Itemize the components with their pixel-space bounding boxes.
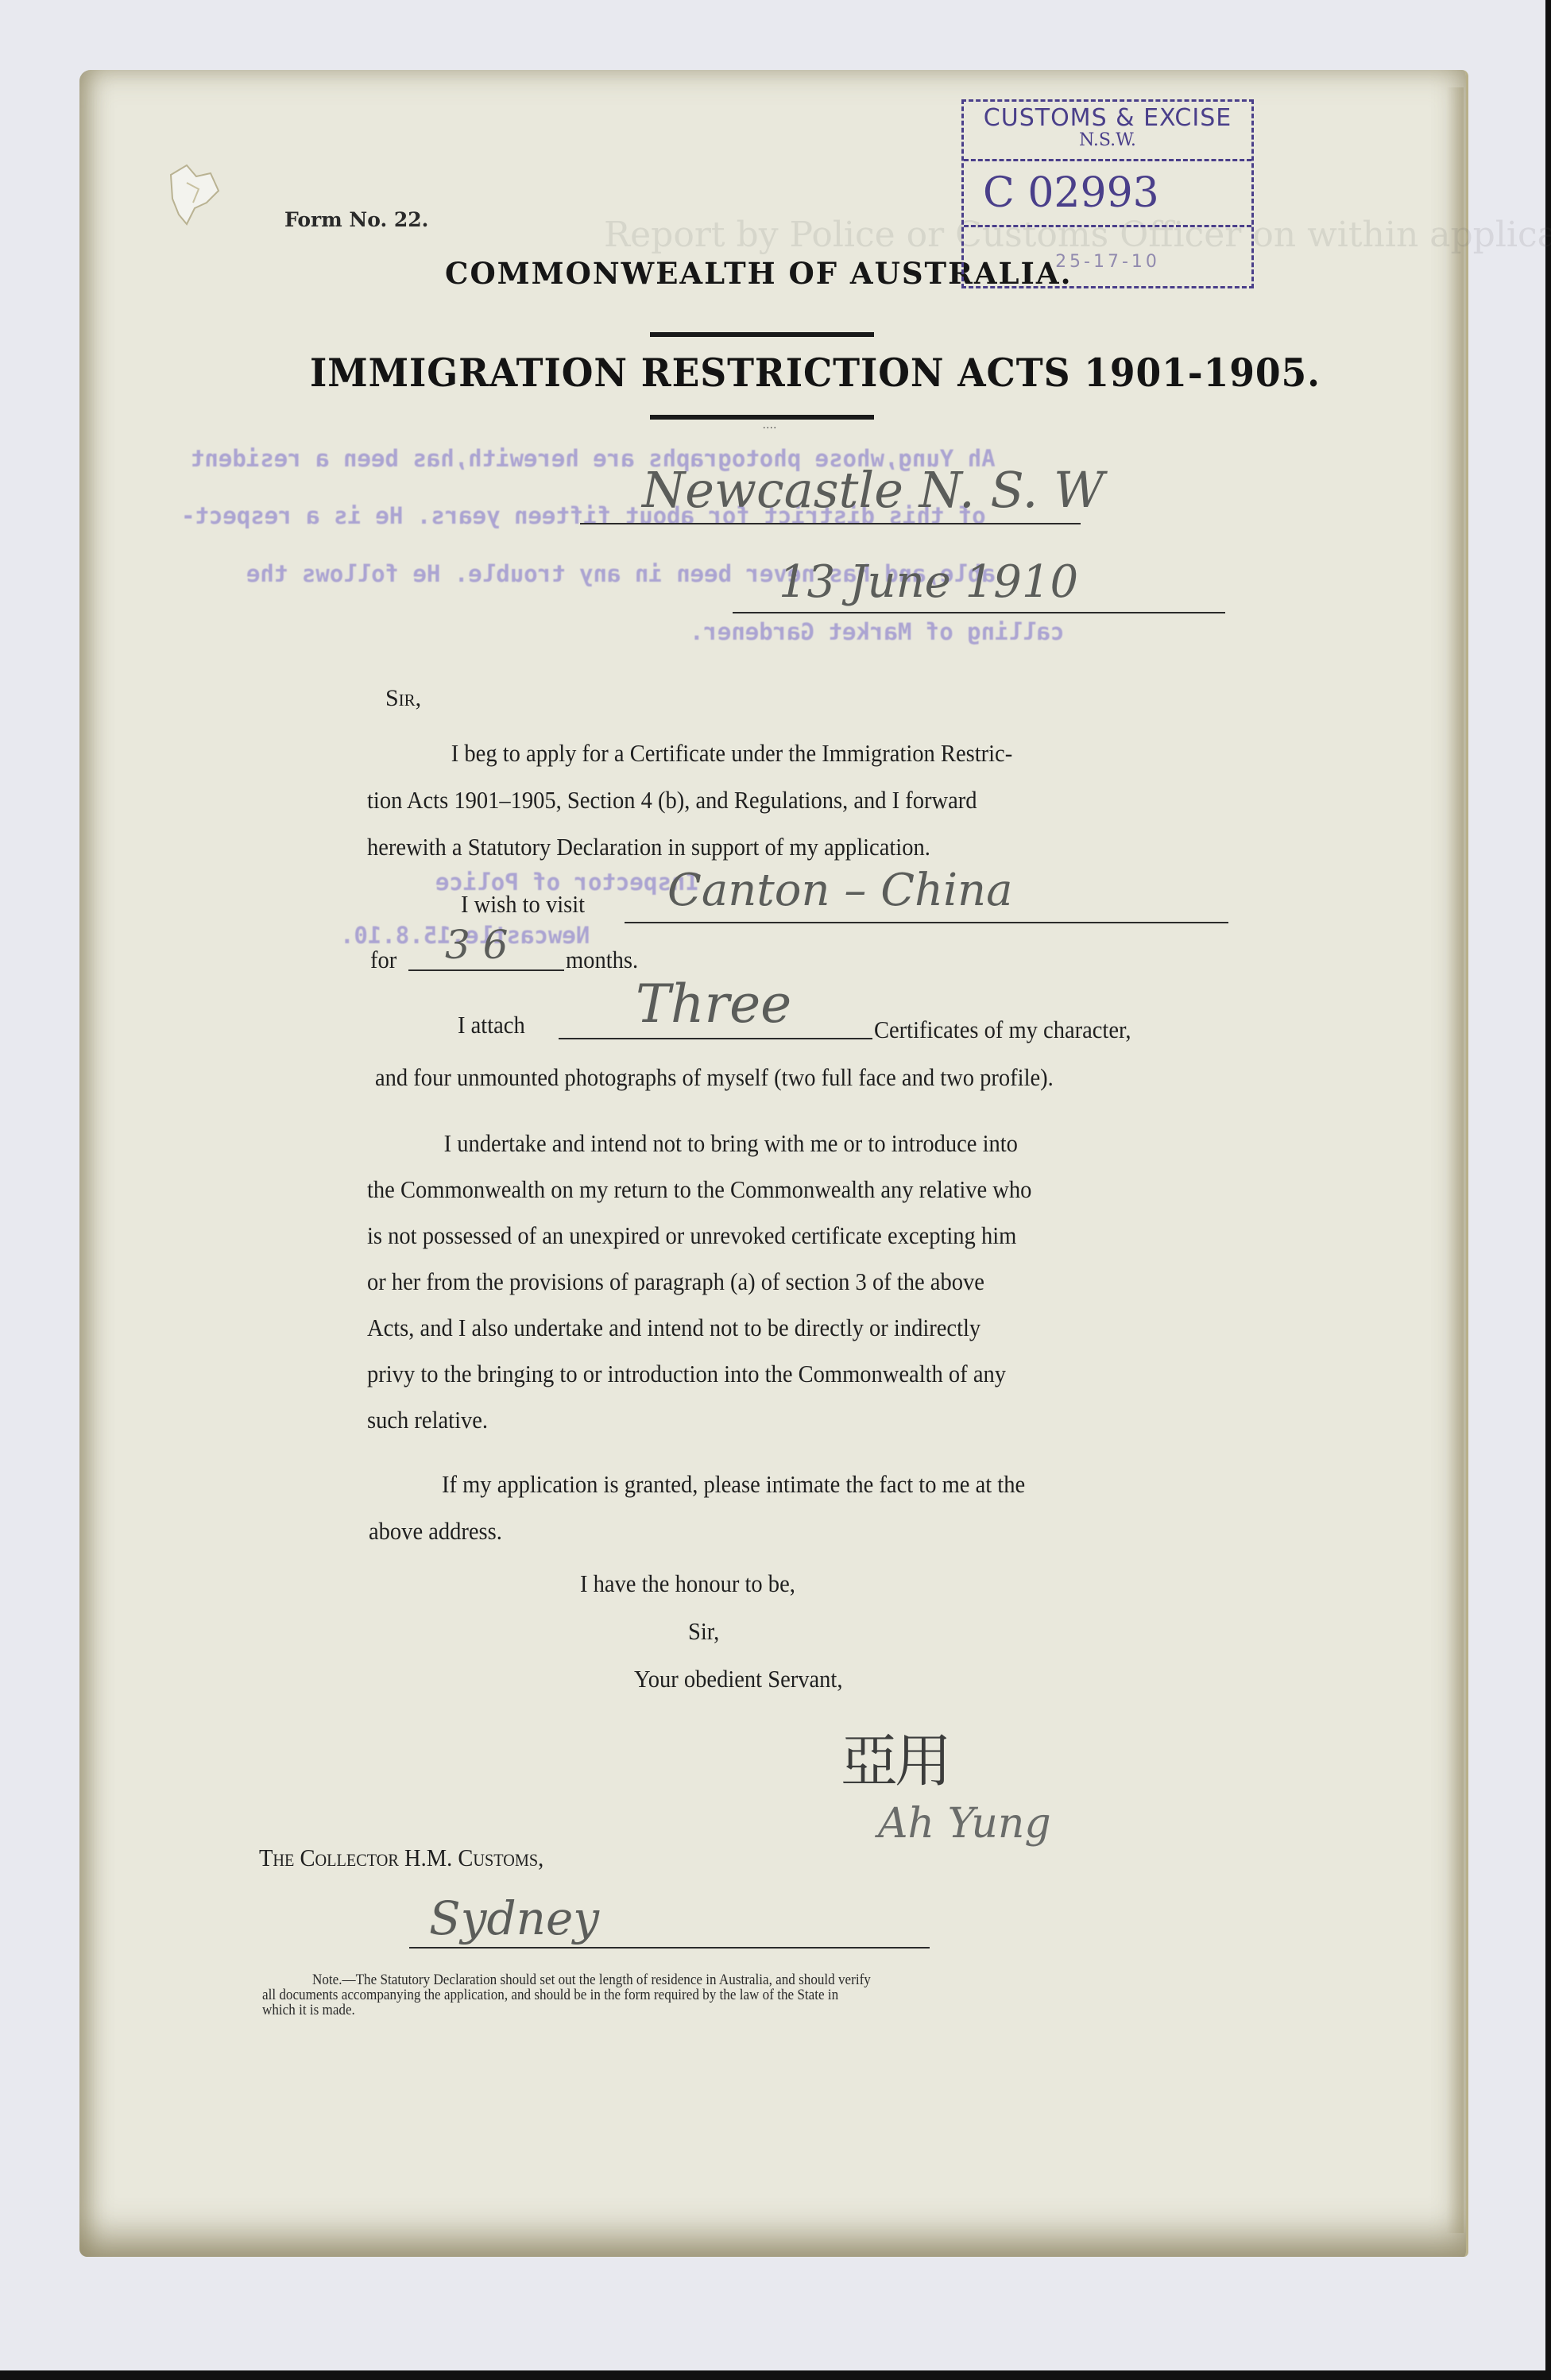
paragraph-line: privy to the bringing to or introduction…: [367, 1351, 1164, 1397]
paragraph-line: tion Acts 1901–1905, Section 4 (b), and …: [367, 776, 1164, 823]
closing-honour: I have the honour to be,: [580, 1569, 795, 1598]
months-field-line[interactable]: [408, 969, 564, 971]
paper-edge-shadow: [1446, 87, 1464, 2233]
closing-sir: Sir,: [688, 1617, 719, 1646]
paragraph-undertaking: I undertake and intend not to bring with…: [367, 1120, 1233, 1443]
closing-servant: Your obedient Servant,: [634, 1665, 842, 1693]
stamp-title: CUSTOMS & EXCISE: [964, 102, 1251, 132]
wish-to-visit-label: I wish to visit: [461, 890, 585, 919]
handwritten-months: 3 6: [445, 922, 509, 968]
months-label: months.: [566, 946, 638, 974]
paragraph-line: is not possessed of an unexpired or unre…: [367, 1213, 1164, 1259]
for-label: for: [370, 946, 396, 974]
certificates-label: Certificates of my character,: [874, 1016, 1131, 1044]
paragraph-line: I beg to apply for a Certificate under t…: [367, 729, 1164, 776]
certificates-field-line[interactable]: [559, 1038, 872, 1039]
handwritten-address: Newcastle N. S. W: [642, 461, 1104, 519]
scanner-edge-right: [1545, 0, 1551, 2380]
date-line: [733, 612, 1225, 613]
photographs-line: and four unmounted photographs of myself…: [375, 1063, 1054, 1092]
footnote-line: which it is made.: [262, 2003, 1120, 2018]
footnote: Note.—The Statutory Declaration should s…: [262, 1972, 1120, 2018]
salutation: Sir,: [385, 685, 421, 712]
top-rule: [650, 332, 874, 337]
signature-chinese: 亞用: [841, 1715, 949, 1798]
addressee: The Collector H.M. Customs,: [259, 1844, 543, 1872]
paper-tear-icon: [163, 159, 226, 230]
address-line: [580, 523, 1081, 524]
separator-dots: ....: [763, 420, 777, 432]
handwritten-date: 13 June 1910: [779, 556, 1078, 608]
footnote-line: Note.—The Statutory Declaration should s…: [262, 1972, 1120, 1987]
paragraph-line: If my application is granted, please int…: [369, 1461, 1166, 1507]
stamp-number: C 02993: [964, 161, 1251, 227]
scanner-edge-bottom: [0, 2370, 1551, 2380]
customs-stamp: CUSTOMS & EXCISE N.S.W. C 02993 25-17-10: [961, 99, 1254, 288]
paragraph-line: I undertake and intend not to bring with…: [367, 1120, 1164, 1167]
handwritten-collector-city: Sydney: [429, 1891, 599, 1945]
act-title: IMMIGRATION RESTRICTION ACTS 1901-1905.: [310, 350, 1321, 396]
stamp-date: 25-17-10: [964, 227, 1251, 283]
form-number: Form No. 22.: [284, 208, 428, 231]
destination-field-line[interactable]: [625, 922, 1228, 923]
paragraph-line: herewith a Statutory Declaration in supp…: [367, 823, 1164, 870]
offset-typed-line: calling of Market Gardener.: [690, 618, 1064, 645]
paragraph-application: I beg to apply for a Certificate under t…: [367, 729, 1233, 870]
paragraph-line: the Commonwealth on my return to the Com…: [367, 1167, 1164, 1213]
paragraph-line: such relative.: [367, 1397, 1164, 1443]
handwritten-certificates-count: Three: [636, 973, 791, 1035]
attach-label: I attach: [458, 1011, 525, 1039]
footnote-line: all documents accompanying the applicati…: [262, 1987, 1120, 2003]
stamp-subtitle: N.S.W.: [964, 132, 1251, 149]
signature-english: Ah Yung: [878, 1800, 1051, 1848]
handwritten-destination: Canton – China: [667, 865, 1012, 916]
paragraph-line: above address.: [369, 1507, 1166, 1554]
bottom-rule: [650, 415, 874, 420]
paragraph-line: or her from the provisions of paragraph …: [367, 1259, 1164, 1305]
paragraph-notification: If my application is granted, please int…: [369, 1461, 1235, 1554]
paragraph-line: Acts, and I also undertake and intend no…: [367, 1305, 1164, 1351]
collector-city-line[interactable]: [409, 1947, 930, 1949]
